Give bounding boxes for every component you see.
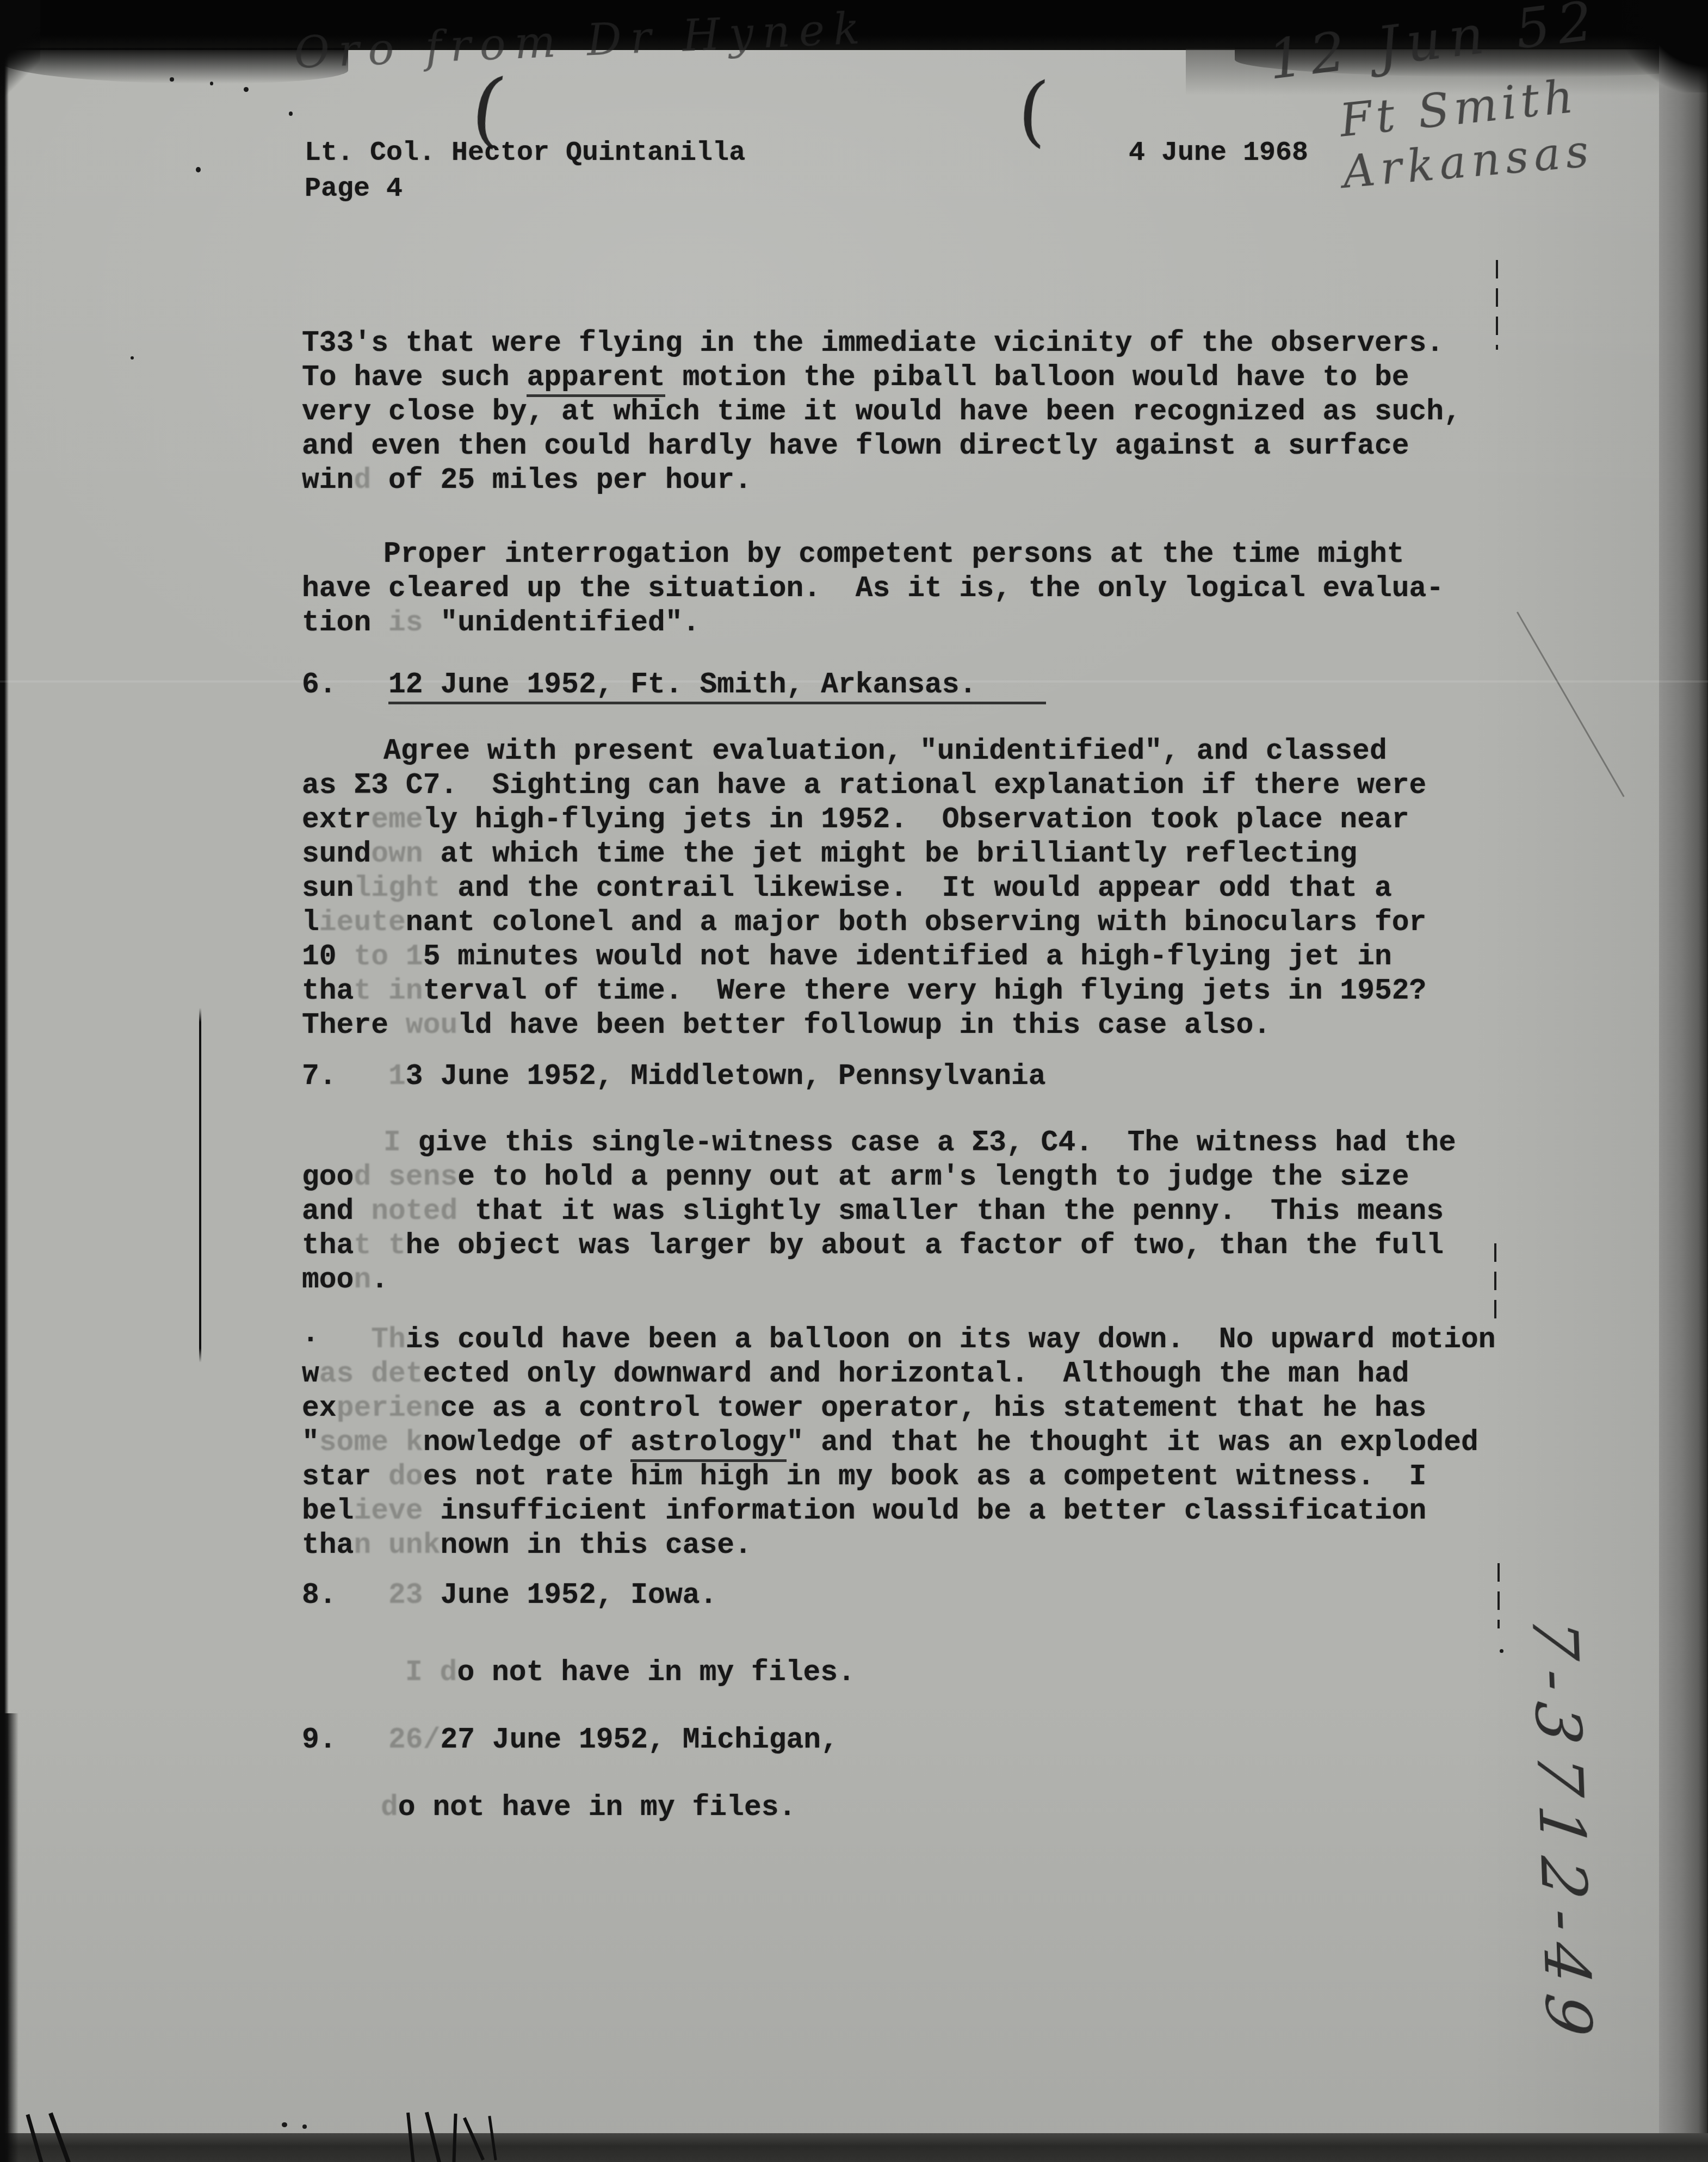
typed-text: 6.: [302, 668, 388, 701]
diagonal-scratch-artifact: [1517, 612, 1625, 797]
scan-speck: [289, 111, 293, 116]
typed-text: ·: [302, 1323, 371, 1356]
paragraph-t33-line-1: T33's that were flying in the immediate …: [302, 326, 1444, 361]
typed-text: and: [302, 1195, 371, 1228]
paragraph-case-6-line-2: as Σ3 C7. Sighting can have a rational e…: [302, 769, 1426, 803]
margin-line-artifact: [199, 1008, 201, 1362]
bottom-left-scan-corner: [0, 1713, 18, 2162]
typed-text: that it was slightly smaller than the pe…: [457, 1195, 1444, 1228]
paragraph-t33-line-4: and even then could hardly have flown di…: [302, 429, 1409, 463]
typed-text: bel: [302, 1495, 354, 1527]
typed-text: 1: [388, 1060, 406, 1093]
paragraph-case-6-line-7: 10 to 15 minutes would not have identifi…: [302, 940, 1392, 974]
typed-text: perien: [337, 1392, 441, 1424]
typed-text: tion: [302, 606, 388, 639]
typed-text: insufficient information would be a bett…: [423, 1495, 1427, 1527]
typed-text: ieve: [354, 1495, 423, 1527]
paragraph-case-7-line-4: that the object was larger by about a fa…: [302, 1229, 1444, 1263]
paragraph-balloon-line-6: believe insufficient information would b…: [302, 1494, 1426, 1528]
typed-text: ly high-flying jets in 1952. Observation…: [423, 803, 1409, 836]
typed-text: There: [302, 1009, 406, 1042]
typed-text: is could have been a balloon on its way …: [406, 1323, 1496, 1356]
paragraph-case-7-line-5: moon.: [302, 1263, 388, 1297]
typed-text: Proper interrogation by competent person…: [383, 538, 1404, 571]
scratch-line-artifact: [1496, 260, 1498, 350]
typed-text: I d: [405, 1656, 457, 1689]
underlined-text: astrology: [630, 1426, 786, 1462]
typed-text: es not rate him high in my book as a com…: [423, 1460, 1427, 1493]
heading-case-8-line-1: 8. 23 June 1952, Iowa.: [302, 1578, 717, 1613]
typed-text: o not have in my files.: [398, 1791, 796, 1824]
typed-text: moo: [302, 1263, 354, 1296]
paragraph-balloon-line-4: "some knowledge of astrology" and that h…: [302, 1426, 1478, 1460]
typed-text: goo: [302, 1161, 354, 1193]
typed-text: n unk: [354, 1529, 440, 1562]
typed-text: sun: [302, 872, 354, 905]
scan-speck: [210, 82, 213, 85]
typed-text: terval of time. Were there very high fly…: [423, 975, 1427, 1007]
typed-text: "unidentified".: [423, 606, 700, 639]
typed-text: t t: [354, 1229, 405, 1262]
typed-text: nowledge of: [423, 1426, 631, 1459]
typed-text: noted: [371, 1195, 457, 1228]
typed-text: nant colonel and a major both observing …: [406, 906, 1427, 939]
typed-text: ce as a control tower operator, his stat…: [440, 1392, 1426, 1424]
typed-text: tha: [302, 1229, 354, 1262]
note-case-9-line-1: do not have in my files.: [381, 1791, 796, 1825]
typed-text: have cleared up the situation. As it is,…: [302, 572, 1444, 605]
typed-text: motion the piball balloon would have to …: [665, 361, 1409, 394]
typed-text: .: [371, 1263, 388, 1296]
typed-text: d sens: [354, 1161, 457, 1193]
paragraph-case-7-line-3: and noted that it was slightly smaller t…: [302, 1194, 1444, 1229]
typed-text: light: [354, 872, 440, 905]
typed-text: " and that he thought it was an exploded: [787, 1426, 1478, 1459]
scan-speck: [131, 356, 134, 360]
paragraph-case-6-line-4: sundown at which time the jet might be b…: [302, 837, 1357, 871]
scan-speck: [244, 87, 249, 92]
typed-text: To have such: [302, 361, 527, 394]
scan-speck: [196, 167, 201, 172]
typed-text: as Σ3 C7. Sighting can have a rational e…: [302, 769, 1426, 802]
typed-text: some k: [319, 1426, 423, 1459]
typed-text: ": [302, 1426, 319, 1459]
paragraph-interrogation-line-2: have cleared up the situation. As it is,…: [302, 572, 1444, 606]
heading-case-6-line-1: 6. 12 June 1952, Ft. Smith, Arkansas.: [302, 668, 1046, 702]
typed-text: very close by, at which time it would ha…: [302, 395, 1461, 428]
typed-text: 3 June 1952, Middletown, Pennsylvania: [406, 1060, 1046, 1093]
typed-text: and the contrail likewise. It would appe…: [440, 872, 1391, 905]
typed-text: and even then could hardly have flown di…: [302, 430, 1409, 462]
underlined-text: 12 June 1952, Ft. Smith, Arkansas.: [388, 668, 976, 704]
bottom-scan-band: [0, 2133, 1708, 2162]
typed-text: wou: [406, 1009, 457, 1042]
typed-text: 27 June 1952, Michigan,: [440, 1724, 838, 1756]
typed-text: 10: [302, 940, 354, 973]
scan-speck: [170, 77, 174, 82]
heading-case-7-line-1: 7. 13 June 1952, Middletown, Pennsylvani…: [302, 1060, 1046, 1094]
paragraph-case-6-line-6: lieutenant colonel and a major both obse…: [302, 906, 1426, 940]
typed-text: June 1952, Iowa.: [423, 1579, 717, 1612]
memo-date: 4 June 1968: [1129, 136, 1308, 170]
paragraph-interrogation-line-1: Proper interrogation by competent person…: [302, 537, 1404, 572]
paragraph-case-6-line-3: extremely high-flying jets in 1952. Obse…: [302, 803, 1409, 837]
typed-text: 7.: [302, 1060, 388, 1093]
paragraph-case-6-line-5: sunlight and the contrail likewise. It w…: [302, 871, 1392, 906]
typed-text: do: [388, 1460, 423, 1493]
typed-text: own: [371, 838, 423, 870]
typed-text: e to hold a penny out at arm's length to…: [457, 1161, 1409, 1193]
typed-text: sund: [302, 838, 371, 870]
typed-text: T33's that were flying in the immediate …: [302, 327, 1444, 360]
scan-speck: [282, 2122, 287, 2127]
underlined-text: apparent: [527, 361, 665, 397]
paragraph-balloon-line-5: star does not rate him high in my book a…: [302, 1460, 1426, 1494]
typed-text: star: [302, 1460, 388, 1493]
typed-text: d: [354, 464, 371, 497]
paragraph-case-6-line-9: There would have been better followup in…: [302, 1008, 1271, 1043]
paragraph-case-7-line-1: I give this single-witness case a Σ3, C4…: [302, 1126, 1456, 1160]
typed-text: t in: [354, 975, 423, 1007]
handwritten-paren-mark: (: [1015, 65, 1051, 156]
note-case-8-line-1: I do not have in my files.: [405, 1656, 855, 1690]
underlined-text: [976, 668, 1045, 704]
typed-text: tha: [302, 975, 354, 1007]
paragraph-t33-line-5: wind of 25 miles per hour.: [302, 463, 752, 498]
paragraph-balloon-line-2: was detected only downward and horizonta…: [302, 1357, 1409, 1391]
typed-text: of 25 miles per hour.: [371, 464, 752, 497]
typed-text: I: [383, 1126, 401, 1159]
typed-text: to 1: [354, 940, 423, 973]
typed-text: w: [302, 1358, 319, 1390]
typed-text: 26/: [388, 1724, 440, 1756]
memo-addressee: Lt. Col. Hector Quintanilla: [305, 136, 745, 170]
typed-text: ected only downward and horizontal. Alth…: [423, 1358, 1409, 1390]
paragraph-case-7-line-2: good sense to hold a penny out at arm's …: [302, 1160, 1409, 1194]
right-scan-band: [1659, 0, 1708, 2162]
typed-text: n: [354, 1263, 371, 1296]
scan-speck: [1500, 1649, 1503, 1653]
paragraph-case-6-line-8: that interval of time. Were there very h…: [302, 974, 1426, 1008]
typed-text: eme: [371, 803, 423, 836]
typed-text: at which time the jet might be brilliant…: [423, 838, 1357, 870]
heading-case-9-line-1: 9. 26/27 June 1952, Michigan,: [302, 1723, 838, 1757]
memo-page-number: Page 4: [305, 172, 403, 206]
file-number-sideways: 7-3712-49: [1518, 1613, 1606, 2052]
typed-text: is: [388, 606, 423, 639]
paragraph-interrogation-line-3: tion is "unidentified".: [302, 606, 700, 640]
top-right-scan-corner: [1621, 0, 1708, 92]
typed-text: tha: [302, 1529, 354, 1562]
typed-text: he object was larger by about a factor o…: [406, 1229, 1444, 1262]
paragraph-case-6-line-1: Agree with present evaluation, "unidenti…: [302, 734, 1387, 769]
paragraph-t33-line-2: To have such apparent motion the piball …: [302, 361, 1409, 395]
typed-text: ex: [302, 1392, 337, 1424]
typed-text: 9.: [302, 1724, 388, 1756]
typed-text: give this single-witness case a Σ3, C4. …: [401, 1126, 1456, 1159]
typed-text: as det: [319, 1358, 423, 1390]
paragraph-t33-line-3: very close by, at which time it would ha…: [302, 395, 1461, 429]
scanned-memo-page: Oro from Dr Hynek ( ( 12 Jun 52 Ft Smith…: [0, 0, 1708, 2162]
typed-text: Agree with present evaluation, "unidenti…: [383, 735, 1387, 767]
top-left-scan-corner: [0, 0, 40, 106]
paragraph-balloon-line-3: experience as a control tower operator, …: [302, 1391, 1426, 1426]
typed-text: 5 minutes would not have identified a hi…: [423, 940, 1392, 973]
typed-text: 23: [388, 1579, 423, 1612]
typed-text: d: [381, 1791, 398, 1824]
typed-text: o not have in my files.: [457, 1656, 855, 1689]
paragraph-balloon-line-1: · This could have been a balloon on its …: [302, 1323, 1496, 1357]
scratch-line-artifact: [1497, 1563, 1500, 1628]
typed-text: ieute: [319, 906, 406, 939]
typed-text: ld have been better followup in this cas…: [457, 1009, 1271, 1042]
scan-speck: [302, 2124, 307, 2129]
typed-text: extr: [302, 803, 371, 836]
typed-text: Th: [371, 1323, 406, 1356]
typed-text: 8.: [302, 1579, 388, 1612]
typed-text: nown in this case.: [440, 1529, 752, 1562]
typed-text: l: [302, 906, 319, 939]
scratch-line-artifact: [1494, 1243, 1496, 1319]
paragraph-balloon-line-7: than unknown in this case.: [302, 1528, 752, 1563]
typed-text: win: [302, 464, 354, 497]
